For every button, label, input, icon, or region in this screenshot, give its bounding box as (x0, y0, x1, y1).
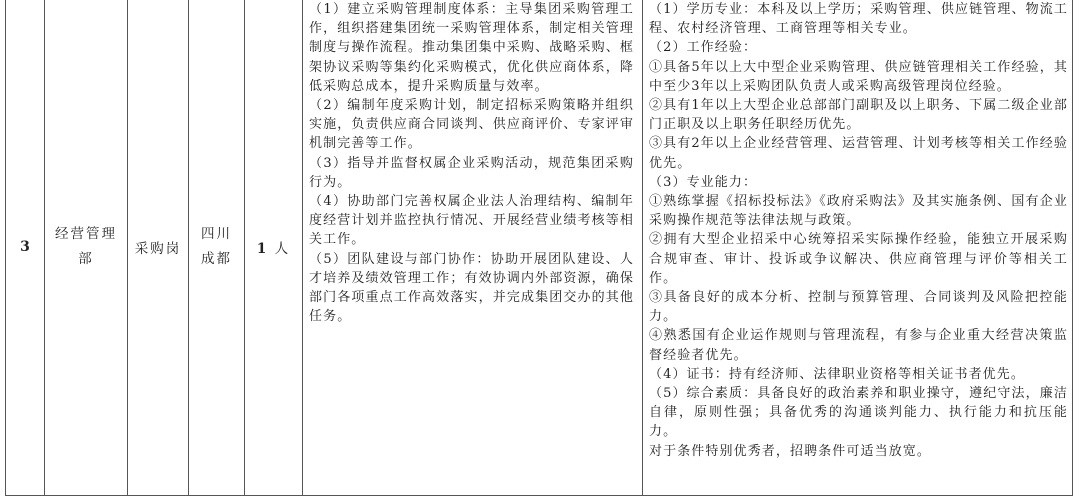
duty-item: （4）协助部门完善权属企业法人治理结构、编制年度经营计划并监控执行情况、开展经营… (309, 192, 634, 250)
requirement-item: （3）专业能力： (649, 173, 1068, 192)
department-cell: 经营管理部 (45, 0, 128, 495)
duty-item: （1）建立采购管理制度体系：主导集团采购管理工作，组织搭建集团统一采购管理体系，… (309, 0, 634, 96)
requirement-item: （1）学历专业：本科及以上学历；采购管理、供应链管理、物流工程、农村经济管理、工… (649, 0, 1068, 38)
requirement-item: （2）工作经验： (649, 38, 1068, 57)
department-name: 经营管理部 (53, 222, 119, 272)
requirement-item: 对于条件特别优秀者，招聘条件可适当放宽。 (649, 442, 1068, 461)
job-table-row: 3 经营管理部 采购岗 四川 成都 1 人 （1）建立采购管理制度体系：主导集团… (5, 0, 1073, 496)
location-cell: 四川 成都 (189, 0, 245, 495)
duty-item: （3）指导并监督权属企业采购活动，规范集团采购行为。 (309, 154, 634, 192)
position-name: 采购岗 (135, 237, 182, 257)
duties-cell: （1）建立采购管理制度体系：主导集团采购管理工作，组织搭建集团统一采购管理体系，… (303, 0, 643, 495)
requirement-item: ②拥有大型企业招采中心统筹招采实际操作经验，能独立开展采购合规审查、审计、投诉或… (649, 230, 1068, 288)
duty-item: （5）团队建设与部门协作：协助开展团队建设、人才培养及绩效管理工作；有效协调内外… (309, 250, 634, 327)
requirement-item: ①熟练掌握《招标投标法》《政府采购法》及其实施条例、国有企业采购操作规范等法律法… (649, 192, 1068, 230)
requirement-item: ③具有2年以上企业经营管理、运营管理、计划考核等相关工作经验优先。 (649, 134, 1068, 172)
requirement-item: ②具有1年以上大型企业总部部门副职及以上职务、下属二级企业部门正职及以上职务任职… (649, 96, 1068, 134)
location-city: 成都 (201, 247, 232, 272)
headcount-unit: 人 (275, 241, 291, 257)
requirement-item: ①具备5年以上大中型企业采购管理、供应链管理相关工作经验，其中至少3年以上采购团… (649, 58, 1068, 96)
row-index-cell: 3 (6, 0, 45, 495)
requirement-item: （5）综合素质：具备良好的政治素养和职业操守，遵纪守法，廉洁自律，原则性强；具备… (649, 384, 1068, 442)
position-cell: 采购岗 (128, 0, 189, 495)
requirement-item: ④熟悉国有企业运作规则与管理流程，有参与企业重大经营决策监督经验者优先。 (649, 326, 1068, 364)
headcount-number: 1 (257, 241, 268, 257)
requirement-item: （4）证书：持有经济师、法律职业资格等相关证书者优先。 (649, 365, 1068, 384)
duty-item: （2）编制年度采购计划，制定招标采购策略并组织实施，负责供应商合同谈判、供应商评… (309, 96, 634, 154)
location-province: 四川 (201, 222, 232, 247)
row-index: 3 (20, 239, 30, 255)
requirements-cell: （1）学历专业：本科及以上学历；采购管理、供应链管理、物流工程、农村经济管理、工… (643, 0, 1072, 495)
requirement-item: ③具备良好的成本分析、控制与预算管理、合同谈判及风险把控能力。 (649, 288, 1068, 326)
headcount-cell: 1 人 (245, 0, 303, 495)
